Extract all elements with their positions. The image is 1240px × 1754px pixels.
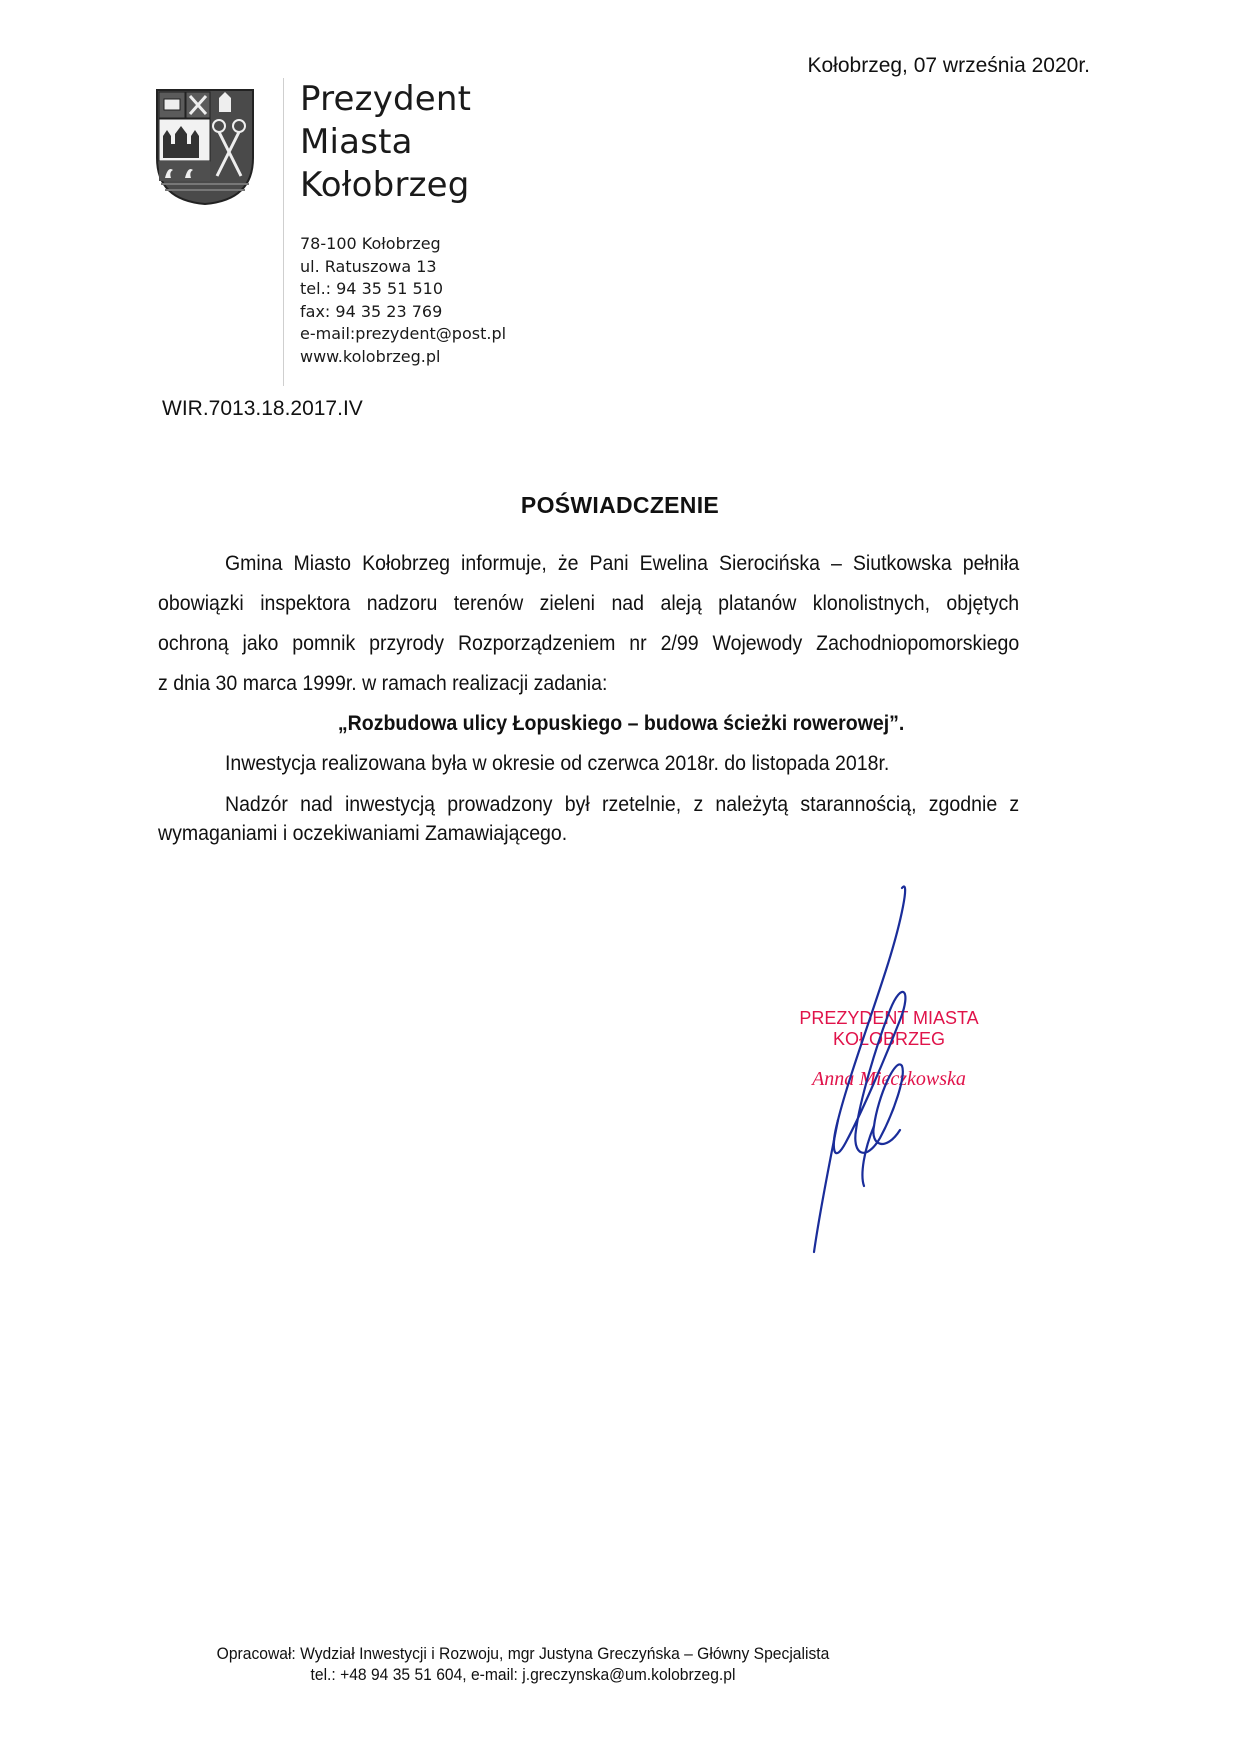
document-body: Gmina Miasto Kołobrzeg informuje, że Pan… — [158, 544, 1019, 848]
contact-website: www.kolobrzeg.pl — [300, 346, 506, 369]
org-title-line: Prezydent — [300, 78, 471, 121]
contact-email: e-mail:prezydent@post.pl — [300, 323, 506, 346]
organization-contact: 78-100 Kołobrzeg ul. Ratuszowa 13 tel.: … — [300, 233, 506, 368]
task-name: „Rozbudowa ulicy Łopuskiego – budowa ści… — [158, 704, 1019, 744]
investment-period: Inwestycja realizowana była w okresie od… — [158, 744, 1019, 784]
footer-prepared-by: Opracował: Wydział Inwestycji i Rozwoju,… — [40, 1643, 1006, 1664]
contact-fax: fax: 94 35 23 769 — [300, 301, 506, 324]
contact-phone: tel.: 94 35 51 510 — [300, 278, 506, 301]
body-line: Nadzór nad inwestycją prowadzony był rze… — [158, 790, 1019, 819]
contact-address: 78-100 Kołobrzeg — [300, 233, 506, 256]
body-line: obowiązki inspektora nadzoru terenów zie… — [158, 584, 1019, 624]
body-line: wymaganiami i oczekiwaniami Zamawiająceg… — [158, 819, 1019, 848]
handwritten-signature-icon — [790, 880, 930, 1260]
coat-of-arms-icon — [155, 88, 255, 206]
document-date: Kołobrzeg, 07 września 2020r. — [807, 54, 1090, 78]
footer-contact: tel.: +48 94 35 51 604, e-mail: j.greczy… — [40, 1664, 1006, 1685]
body-line: ochroną jako pomnik przyrody Rozporządze… — [158, 624, 1019, 664]
document-title: POŚWIADCZENIE — [0, 492, 1240, 519]
document-footer: Opracował: Wydział Inwestycji i Rozwoju,… — [40, 1643, 1006, 1685]
body-line: z dnia 30 marca 1999r. w ramach realizac… — [158, 664, 1019, 704]
org-title-line: Kołobrzeg — [300, 164, 471, 207]
reference-number: WIR.7013.18.2017.IV — [162, 397, 363, 421]
body-line: Gmina Miasto Kołobrzeg informuje, że Pan… — [158, 544, 1019, 584]
org-title-line: Miasta — [300, 121, 471, 164]
organization-name: Prezydent Miasta Kołobrzeg — [300, 78, 471, 207]
contact-street: ul. Ratuszowa 13 — [300, 256, 506, 279]
letterhead-divider — [283, 78, 284, 386]
